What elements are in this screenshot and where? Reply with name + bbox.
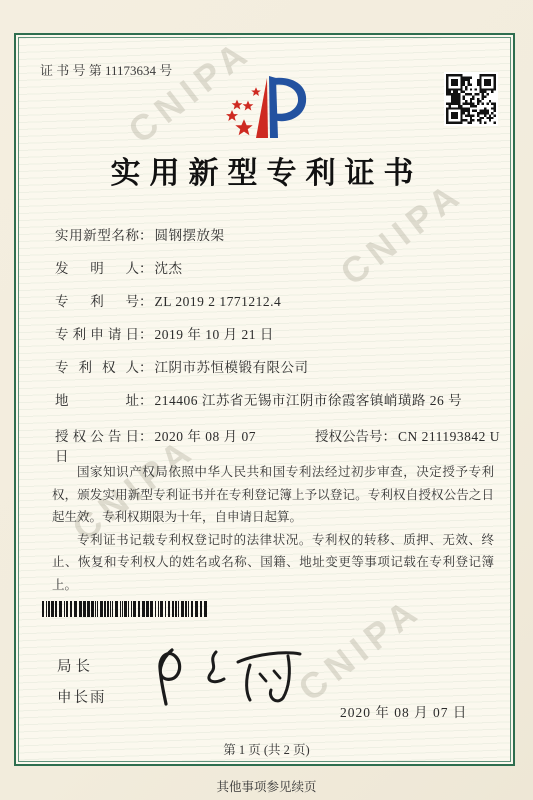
field-label: 专利号 xyxy=(55,292,139,312)
field-separator: ： xyxy=(139,292,153,312)
certificate-title: 实用新型专利证书 xyxy=(0,148,533,192)
signer-name: 申长雨 xyxy=(57,686,107,707)
legal-paragraph-2: 专利证书记载专利权登记时的法律状况。专利权的转移、质押、无效、终止、恢复和专利权… xyxy=(52,529,494,597)
grant-date: 授权公告日：2020 年 08 月 07 日 xyxy=(55,427,257,460)
field-row-patent-number: 专利号：ZL 2019 2 1771212.4 xyxy=(55,292,500,325)
qr-code xyxy=(444,72,498,126)
logo-bar xyxy=(269,76,278,138)
field-value: 2019 年 10 月 21 日 xyxy=(155,327,274,342)
field-label: 专利权人 xyxy=(55,358,139,378)
logo-stars xyxy=(226,87,261,135)
field-row-address: 地址：214406 江苏省无锡市江阴市徐霞客镇峭璜路 26 号 xyxy=(55,391,500,424)
field-row-grant: 授权公告日：2020 年 08 月 07 日 授权公告号：CN 21119384… xyxy=(55,427,500,460)
barcode xyxy=(42,601,208,617)
signer-title: 局长 xyxy=(57,655,94,676)
field-separator: ： xyxy=(382,427,396,447)
field-separator: ： xyxy=(139,358,153,378)
field-row-filing-date: 专利申请日：2019 年 10 月 21 日 xyxy=(55,325,500,358)
field-value: 214406 江苏省无锡市江阴市徐霞客镇峭璜路 26 号 xyxy=(155,393,463,408)
continuation-note: 其他事项参见续页 xyxy=(0,777,533,795)
field-separator: ： xyxy=(139,325,153,345)
field-list: 实用新型名称：圆钢摆放架 发明人：沈杰 专利号：ZL 2019 2 177121… xyxy=(55,226,500,460)
field-row-inventor: 发明人：沈杰 xyxy=(55,259,500,292)
field-separator: ： xyxy=(139,391,153,411)
field-value: 沈杰 xyxy=(155,261,183,276)
field-label: 授权公告号 xyxy=(315,429,383,444)
field-value: ZL 2019 2 1771212.4 xyxy=(155,294,282,309)
field-value: CN 211193842 U xyxy=(398,429,500,444)
field-label: 授权公告日 xyxy=(55,427,139,447)
field-row-name: 实用新型名称：圆钢摆放架 xyxy=(55,226,500,259)
legal-paragraph-1: 国家知识产权局依照中华人民共和国专利法经过初步审查，决定授予专利权，颁发实用新型… xyxy=(52,461,494,529)
cnipa-logo xyxy=(206,66,328,148)
grant-number: 授权公告号：CN 211193842 U xyxy=(315,427,500,460)
field-value: 江阴市苏恒模锻有限公司 xyxy=(155,360,309,375)
legal-paragraphs: 国家知识产权局依照中华人民共和国专利法经过初步审查，决定授予专利权，颁发实用新型… xyxy=(52,461,494,596)
logo-wedge xyxy=(256,78,268,138)
field-value: 圆钢摆放架 xyxy=(155,228,225,243)
logo-p-bowl xyxy=(274,78,306,121)
signature-shen-changyu xyxy=(132,638,312,714)
field-separator: ： xyxy=(139,427,153,447)
field-label: 专利申请日 xyxy=(55,325,139,345)
field-label: 发明人 xyxy=(55,259,139,279)
field-label: 实用新型名称 xyxy=(55,226,139,246)
page-indicator: 第 1 页 (共 2 页) xyxy=(0,740,533,758)
issue-date: 2020 年 08 月 07 日 xyxy=(340,701,467,721)
field-label: 地址 xyxy=(55,391,139,411)
field-row-patentee: 专利权人：江阴市苏恒模锻有限公司 xyxy=(55,358,500,391)
field-separator: ： xyxy=(139,226,153,246)
field-separator: ： xyxy=(139,259,153,279)
certificate-number: 证 书 号 第 11173634 号 xyxy=(40,60,172,79)
